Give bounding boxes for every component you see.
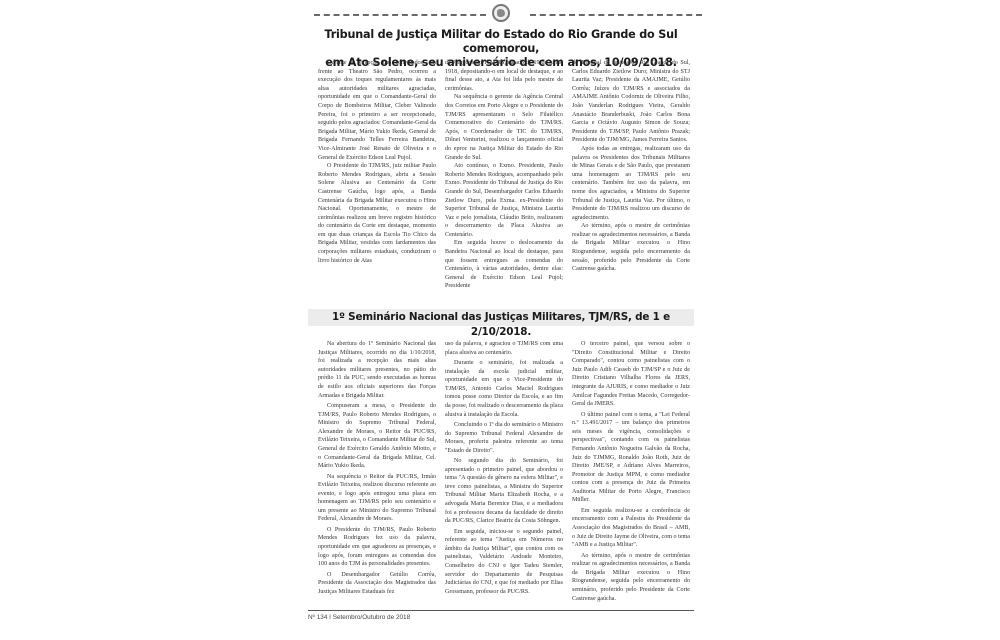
paragraph: O Presidente do TJM/RS, Paulo Roberto Me… [318,526,436,569]
article2-headline: 1º Seminário Nacional das Justiças Milit… [308,310,694,340]
dashed-divider-right [530,14,702,16]
paragraph: do Tribunal de Justiça do Rio Grande do … [572,59,690,145]
issue-footer: Nº 134 I Setembro/Outubro de 2018 [308,614,410,621]
paragraph: O terceiro painel, que versou sobre o "D… [572,340,690,409]
paragraph: Em seguida houve o deslocamento da Bande… [445,239,563,291]
footer-rule [308,610,694,611]
article2-column-1: Na abertura do 1º Seminário Nacional das… [318,340,436,602]
paragraph: Durante o seminário, foi realizada a ins… [445,359,563,419]
article1-column-3: do Tribunal de Justiça do Rio Grande do … [572,59,690,304]
paragraph: Compuseram a mesa, o Presidente do TJM/R… [318,402,436,471]
paragraph: Na sequência o Reitor da PUC/RS, Irmão E… [318,473,436,525]
paragraph: Em seguida realizou-se a conferência de … [572,507,690,550]
paragraph: Em seguida, iniciou-se o segundo painel,… [445,528,563,597]
article1-headline-line1: Tribunal de Justiça Militar do Estado do… [308,28,694,56]
paragraph: Na sequência o gerente da Agência Centra… [445,93,563,162]
article1-body: Durante a recepção dos convidados, em fr… [318,59,690,304]
paragraph: Após todas as entregas, realizaram uso d… [572,145,690,222]
paragraph: Na abertura do 1º Seminário Nacional das… [318,340,436,400]
brazil-map-emblem-icon [492,4,510,22]
paragraph: uso da palavra, e agraciou o TJM/RS com … [445,340,563,357]
paragraph: Concluindo o 1º dia do seminário o Minis… [445,421,563,455]
paragraph: Durante a recepção dos convidados, em fr… [318,59,436,162]
newsletter-page: Tribunal de Justiça Militar do Estado do… [308,0,694,640]
paragraph: de Julgados do TJM/RS, datado de 19 de j… [445,59,563,93]
article2-column-3: O terceiro painel, que versou sobre o "D… [572,340,690,602]
paragraph: Ao término, após o mestre de cerimônias … [572,222,690,274]
dashed-divider-left [314,14,486,16]
paragraph: O Desembargador Getúlio Corrêa, Presiden… [318,571,436,597]
article2-body: Na abertura do 1º Seminário Nacional das… [318,340,690,602]
masthead [308,4,694,24]
article1-column-2: de Julgados do TJM/RS, datado de 19 de j… [445,59,563,304]
article2-column-2: uso da palavra, e agraciou o TJM/RS com … [445,340,563,602]
paragraph: O Presidente do TJM/RS, juiz militar Pau… [318,162,436,265]
paragraph: Ato contínuo, o Exmo. Presidente, Paulo … [445,162,563,239]
paragraph: Ao término, após o mestre de cerimônias … [572,552,690,604]
paragraph: O último painel com o tema, a "Lei Feder… [572,411,690,506]
paragraph: No segundo dia do Seminário, foi apresen… [445,457,563,526]
article1-column-1: Durante a recepção dos convidados, em fr… [318,59,436,304]
